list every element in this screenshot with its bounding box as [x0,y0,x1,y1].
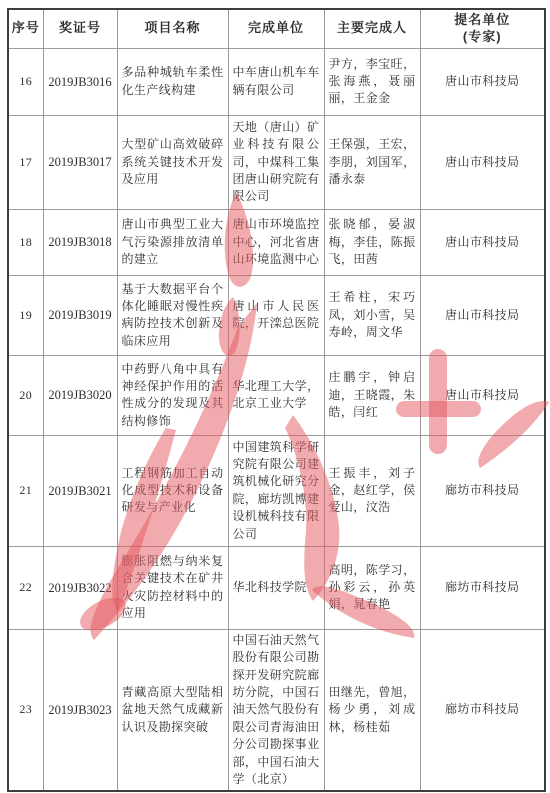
cell-nominator: 唐山市科技局 [420,48,545,115]
column-header-unit: 完成单位 [228,9,324,48]
cell-project-name: 青藏高原大型陆相盆地天然气成藏新认识及勘探突破 [117,629,228,791]
cell-nominator: 唐山市科技局 [420,275,545,355]
cell-project-name: 工程钢筋加工自动化成型技术和设备研发与产业化 [117,435,228,546]
cell-completion-unit: 中国建筑科学研究院有限公司建筑机械化研究分院，廊坊凯博建设机械科技有限公司 [228,435,324,546]
document-page: 序号 奖证号 项目名称 完成单位 主要完成人 提名单位 (专家) 16 2019… [0,0,550,793]
cell-contributors: 田继先，曾旭，杨少勇，刘成林，杨桂茹 [324,629,420,791]
cell-contributors: 张晓郁，晏淑梅，李佳，陈振飞，田茜 [324,209,420,275]
cell-cert-number: 2019JB3022 [43,546,117,629]
cell-nominator: 廊坊市科技局 [420,629,545,791]
cell-project-name: 唐山市典型工业大气污染源排放清单的建立 [117,209,228,275]
cell-cert-number: 2019JB3020 [43,355,117,435]
cell-contributors: 尹方，李宝旺，张海燕，聂丽丽，王金金 [324,48,420,115]
cell-nominator: 廊坊市科技局 [420,546,545,629]
cell-cert-number: 2019JB3021 [43,435,117,546]
column-header-cert-no: 奖证号 [43,9,117,48]
cell-nominator: 唐山市科技局 [420,355,545,435]
cell-completion-unit: 天地（唐山）矿业科技有限公司，中煤科工集团唐山研究院有限公司 [228,115,324,209]
cell-cert-number: 2019JB3018 [43,209,117,275]
cell-serial-number: 20 [8,355,43,435]
table-row: 22 2019JB3022 膨胀阻燃与纳米复合关键技术在矿井火灾防控材料中的应用… [8,546,545,629]
column-header-contributors: 主要完成人 [324,9,420,48]
column-header-serial: 序号 [8,9,43,48]
cell-completion-unit: 中车唐山机车车辆有限公司 [228,48,324,115]
cell-serial-number: 16 [8,48,43,115]
cell-contributors: 庄鹏宇，钟启迪，王晓霞，朱皓，闫红 [324,355,420,435]
cell-serial-number: 17 [8,115,43,209]
cell-project-name: 基于大数据平台个体化睡眠对慢性疾病防控技术创新及临床应用 [117,275,228,355]
cell-project-name: 大型矿山高效破碎系统关键技术开发及应用 [117,115,228,209]
header-row: 序号 奖证号 项目名称 完成单位 主要完成人 提名单位 (专家) [8,9,545,48]
cell-completion-unit: 中国石油天然气股份有限公司勘探开发研究院廊坊分院，中国石油天然气股份有限公司青海… [228,629,324,791]
table-row: 23 2019JB3023 青藏高原大型陆相盆地天然气成藏新认识及勘探突破 中国… [8,629,545,791]
table-row: 21 2019JB3021 工程钢筋加工自动化成型技术和设备研发与产业化 中国建… [8,435,545,546]
cell-completion-unit: 唐山市环境监控中心，河北省唐山环境监测中心 [228,209,324,275]
cell-cert-number: 2019JB3019 [43,275,117,355]
cell-serial-number: 22 [8,546,43,629]
table-row: 16 2019JB3016 多品种城轨车柔性化生产线构建 中车唐山机车车辆有限公… [8,48,545,115]
cell-completion-unit: 华北理工大学，北京工业大学 [228,355,324,435]
cell-contributors: 王希柱，宋巧凤，刘小雪，吴寿岭，周文华 [324,275,420,355]
cell-nominator: 廊坊市科技局 [420,435,545,546]
cell-completion-unit: 唐山市人民医院，开滦总医院 [228,275,324,355]
cell-cert-number: 2019JB3023 [43,629,117,791]
cell-project-name: 多品种城轨车柔性化生产线构建 [117,48,228,115]
cell-contributors: 王保强，王宏，李朋，刘国军，潘永泰 [324,115,420,209]
table-row: 19 2019JB3019 基于大数据平台个体化睡眠对慢性疾病防控技术创新及临床… [8,275,545,355]
cell-contributors: 高明，陈学习，孙彩云，孙英娟，晁春艳 [324,546,420,629]
cell-completion-unit: 华北科技学院 [228,546,324,629]
table-row: 17 2019JB3017 大型矿山高效破碎系统关键技术开发及应用 天地（唐山）… [8,115,545,209]
cell-serial-number: 19 [8,275,43,355]
cell-cert-number: 2019JB3017 [43,115,117,209]
cell-contributors: 王振丰，刘子金，赵红学，侯爱山，汶浩 [324,435,420,546]
cell-serial-number: 18 [8,209,43,275]
cell-cert-number: 2019JB3016 [43,48,117,115]
cell-nominator: 唐山市科技局 [420,209,545,275]
cell-serial-number: 21 [8,435,43,546]
table-row: 18 2019JB3018 唐山市典型工业大气污染源排放清单的建立 唐山市环境监… [8,209,545,275]
cell-project-name: 膨胀阻燃与纳米复合关键技术在矿井火灾防控材料中的应用 [117,546,228,629]
cell-nominator: 唐山市科技局 [420,115,545,209]
table-row: 20 2019JB3020 中药野八角中具有神经保护作用的活性成分的发现及其结构… [8,355,545,435]
cell-project-name: 中药野八角中具有神经保护作用的活性成分的发现及其结构修饰 [117,355,228,435]
column-header-project-name: 项目名称 [117,9,228,48]
cell-serial-number: 23 [8,629,43,791]
column-header-nominator: 提名单位 (专家) [420,9,545,48]
awards-table: 序号 奖证号 项目名称 完成单位 主要完成人 提名单位 (专家) 16 2019… [7,8,546,792]
